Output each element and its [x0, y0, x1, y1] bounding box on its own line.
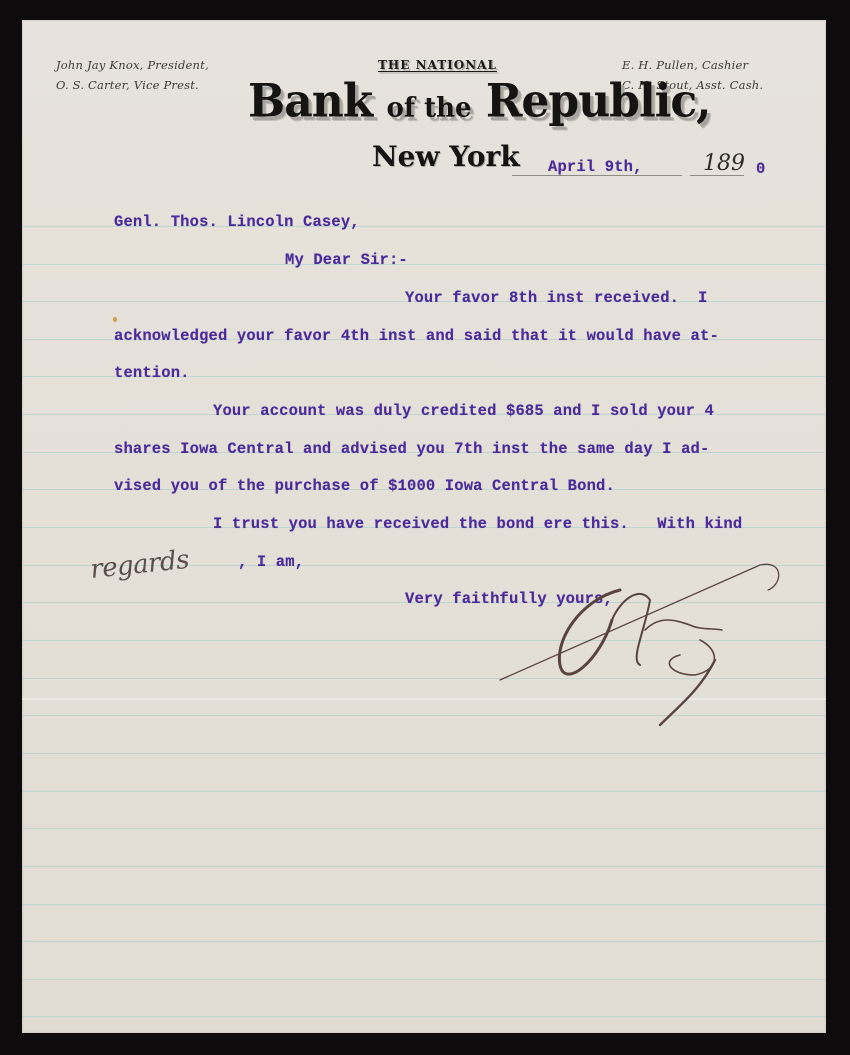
signature-flourish [0, 0, 850, 1055]
